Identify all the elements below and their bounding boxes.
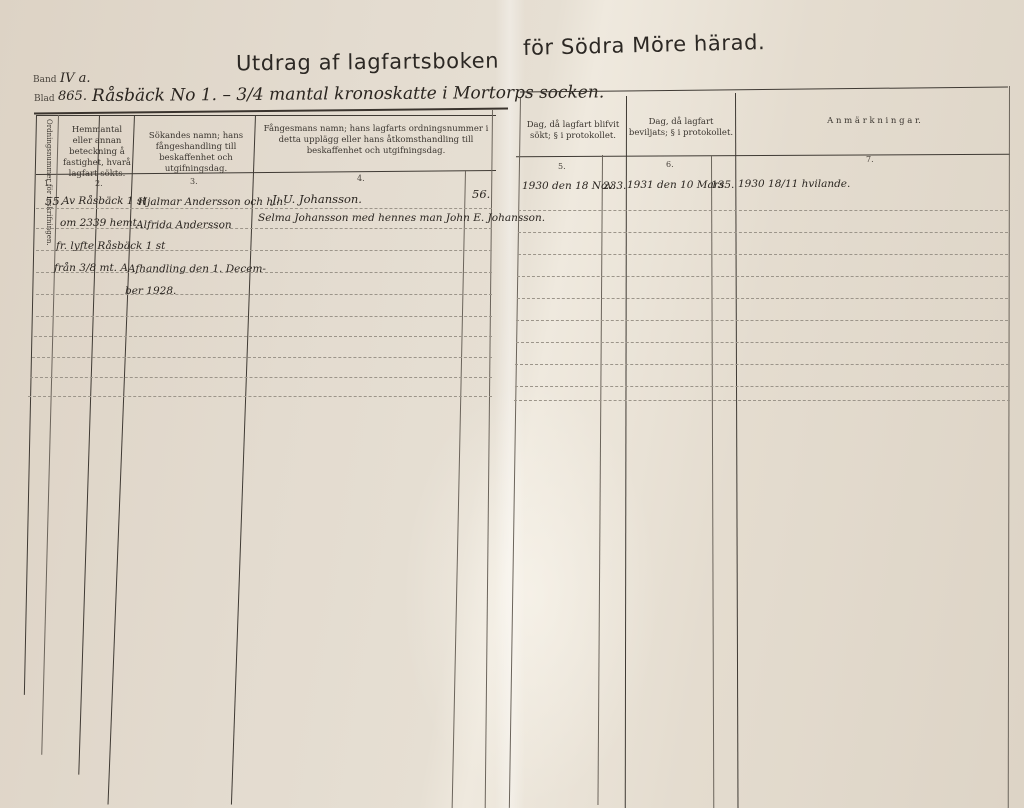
entry-applied-para: 233. (603, 180, 626, 192)
row-line (517, 276, 1008, 277)
entry-granted-para: 135. (711, 179, 734, 191)
row-line (517, 298, 1008, 299)
entry-col2-line2: om 2339 hemt. (60, 217, 140, 229)
row-line (36, 316, 492, 317)
row-line (514, 400, 1010, 401)
paper-glare (400, 380, 660, 808)
header-col7: A n m ä r k n i n g a r. (740, 116, 1008, 127)
entry-col4-line1: J. U. Johansson. (272, 192, 362, 206)
row-line (515, 386, 1009, 387)
entry-col3-line5: ber 1928. (125, 285, 176, 297)
row-line (518, 254, 1008, 255)
entry-order-no: 55. (45, 194, 63, 208)
row-line (28, 396, 492, 397)
entry-applied-date: 1930 den 18 Nov. (522, 180, 615, 192)
colnum-4: 4. (357, 174, 365, 183)
row-line (36, 294, 492, 295)
row-line (518, 232, 1008, 233)
row-line (34, 336, 492, 337)
row-line (518, 210, 1008, 211)
entry-col2-line4: från 3/8 mt. A (54, 262, 128, 274)
right-col-border-2 (735, 93, 739, 808)
colnum-2: 2. (95, 179, 103, 188)
colnum-6: 6. (666, 160, 674, 169)
row-line (36, 208, 492, 209)
row-line (516, 320, 1008, 321)
entry-granted-date: 1931 den 10 Mars (627, 179, 724, 191)
right-table-right-border (1008, 86, 1010, 808)
blad-value: 865. (58, 89, 87, 104)
entry-col3-line1: Hjalmar Andersson och h.h. (138, 196, 287, 208)
property-underline (34, 108, 508, 114)
entry-col4-ref: 56. (472, 187, 490, 201)
entry-col2-line1: Av Råsbäck 1 st (62, 195, 146, 207)
document-page: Utdrag af lagfartsboken för Södra Möre h… (0, 0, 1024, 808)
colnum-3: 3. (190, 177, 198, 186)
row-line (516, 342, 1008, 343)
header-col4: Fångesmans namn; hans lagfarts ordningsn… (262, 124, 490, 157)
colnum-7: 7. (866, 155, 874, 164)
band-value: IV a. (60, 71, 91, 86)
header-col5: Dag, då lagfart blifvit sökt; § i protok… (522, 120, 624, 142)
title-left: Utdrag af lagfartsboken (236, 49, 499, 76)
header-col3: Sökandes namn; hans fångeshandling till … (138, 131, 254, 175)
left-table-top-border (36, 115, 496, 116)
colnum-5: 5. (558, 162, 566, 171)
left-col-border-0 (24, 115, 37, 695)
property-description: Råsbäck No 1. – 3/4 mantal kronoskatte i… (92, 82, 604, 106)
entry-col3-line2: Alfrida Andersson (136, 219, 232, 231)
left-col-border-2 (78, 115, 100, 775)
entry-col3-line4: Afhandling den 1. Decem- (128, 263, 266, 275)
band-label: Band (33, 75, 57, 85)
row-line (32, 357, 492, 358)
row-line (515, 364, 1009, 365)
title-right: för Södra Möre härad. (523, 30, 766, 60)
header-col2: Hemmantal eller annan beteckning å fasti… (62, 125, 132, 180)
right-para6-border (711, 155, 714, 808)
left-col-border-3 (231, 115, 256, 805)
entry-col4-line2: Selma Johansson med hennes man John E. J… (258, 212, 545, 224)
blad-label: Blad (34, 94, 55, 104)
entry-col2-line3: fr. lyfte Råsbäck 1 st (56, 240, 165, 252)
colnum-1: 1. (44, 179, 52, 188)
entry-remarks: 1930 18/11 hvilande. (738, 178, 850, 190)
header-col1: Ordningsnummer för inskrifningen. (38, 119, 52, 179)
right-header-divider (516, 154, 1010, 158)
header-col6: Dag, då lagfart beviljats; § i protokoll… (628, 117, 734, 139)
row-line (30, 377, 492, 378)
